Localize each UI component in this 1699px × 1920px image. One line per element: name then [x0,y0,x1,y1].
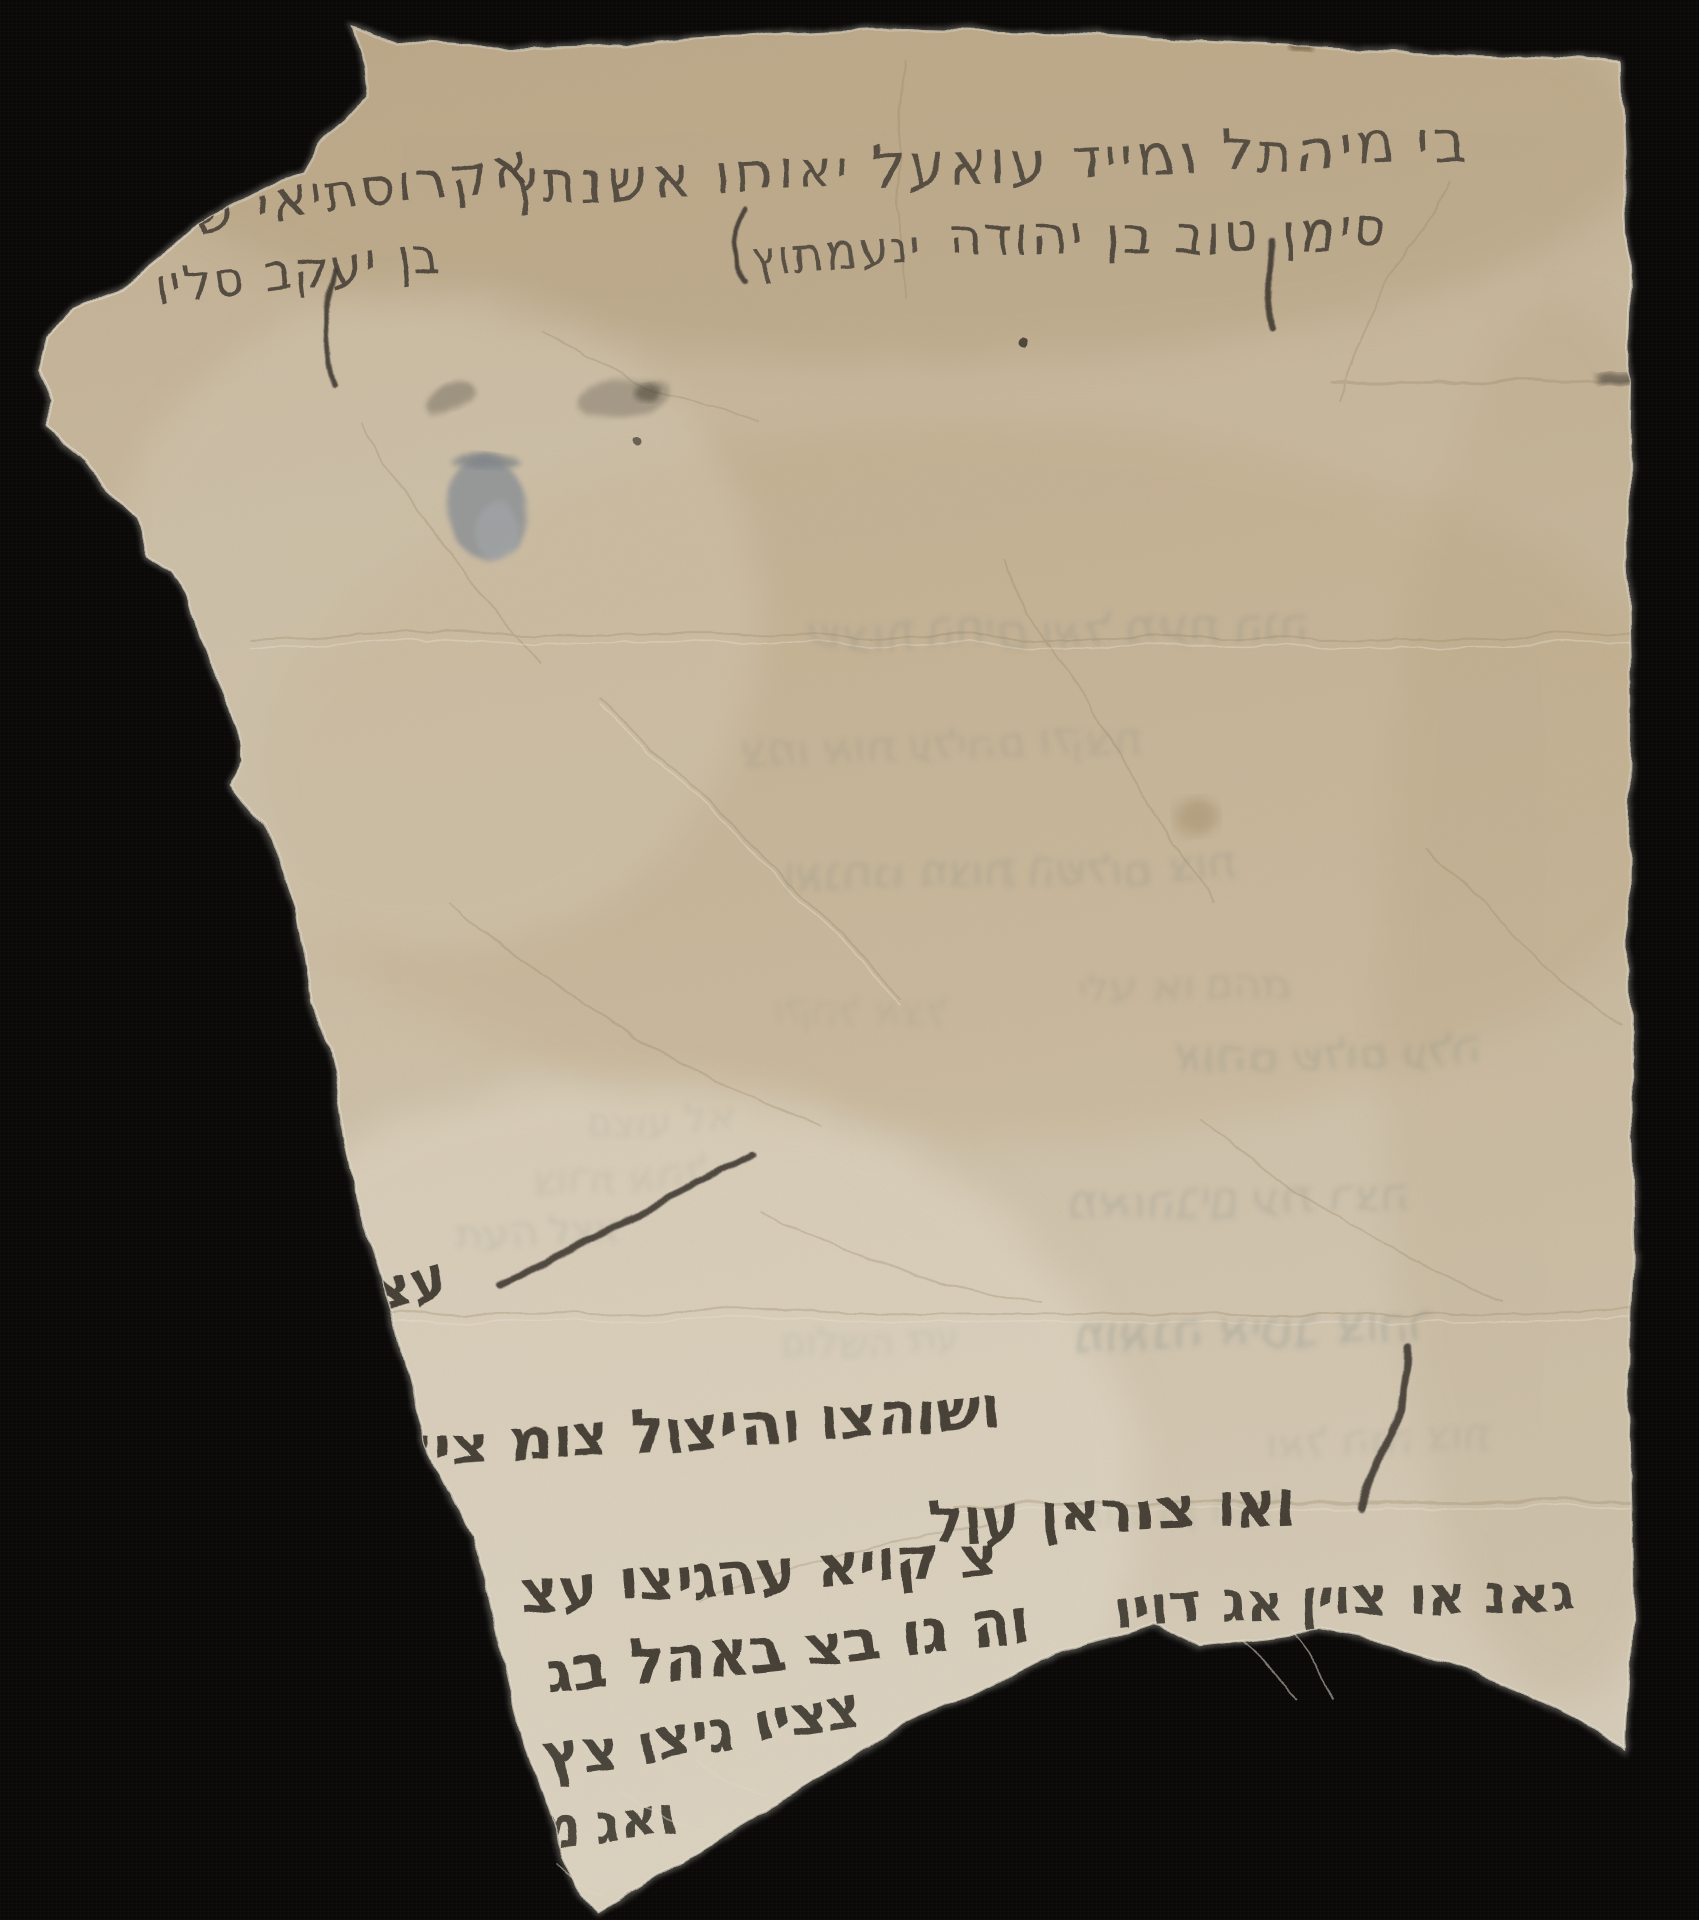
ink-line-bottom-9: ץ [532,1866,561,1912]
scan-stage: שצות החים ואל מעת הנהצמו אות עליהם וקצתו… [0,0,1699,1920]
paper-fragment: שצות החים ואל מעת הנהצמו אות עליהם וקצתו… [0,0,1699,1920]
manuscript-fragment-scan: שצות החים ואל מעת הנהצמו אות עליהם וקצתו… [0,0,1699,1920]
paper-grain [0,0,1699,1920]
